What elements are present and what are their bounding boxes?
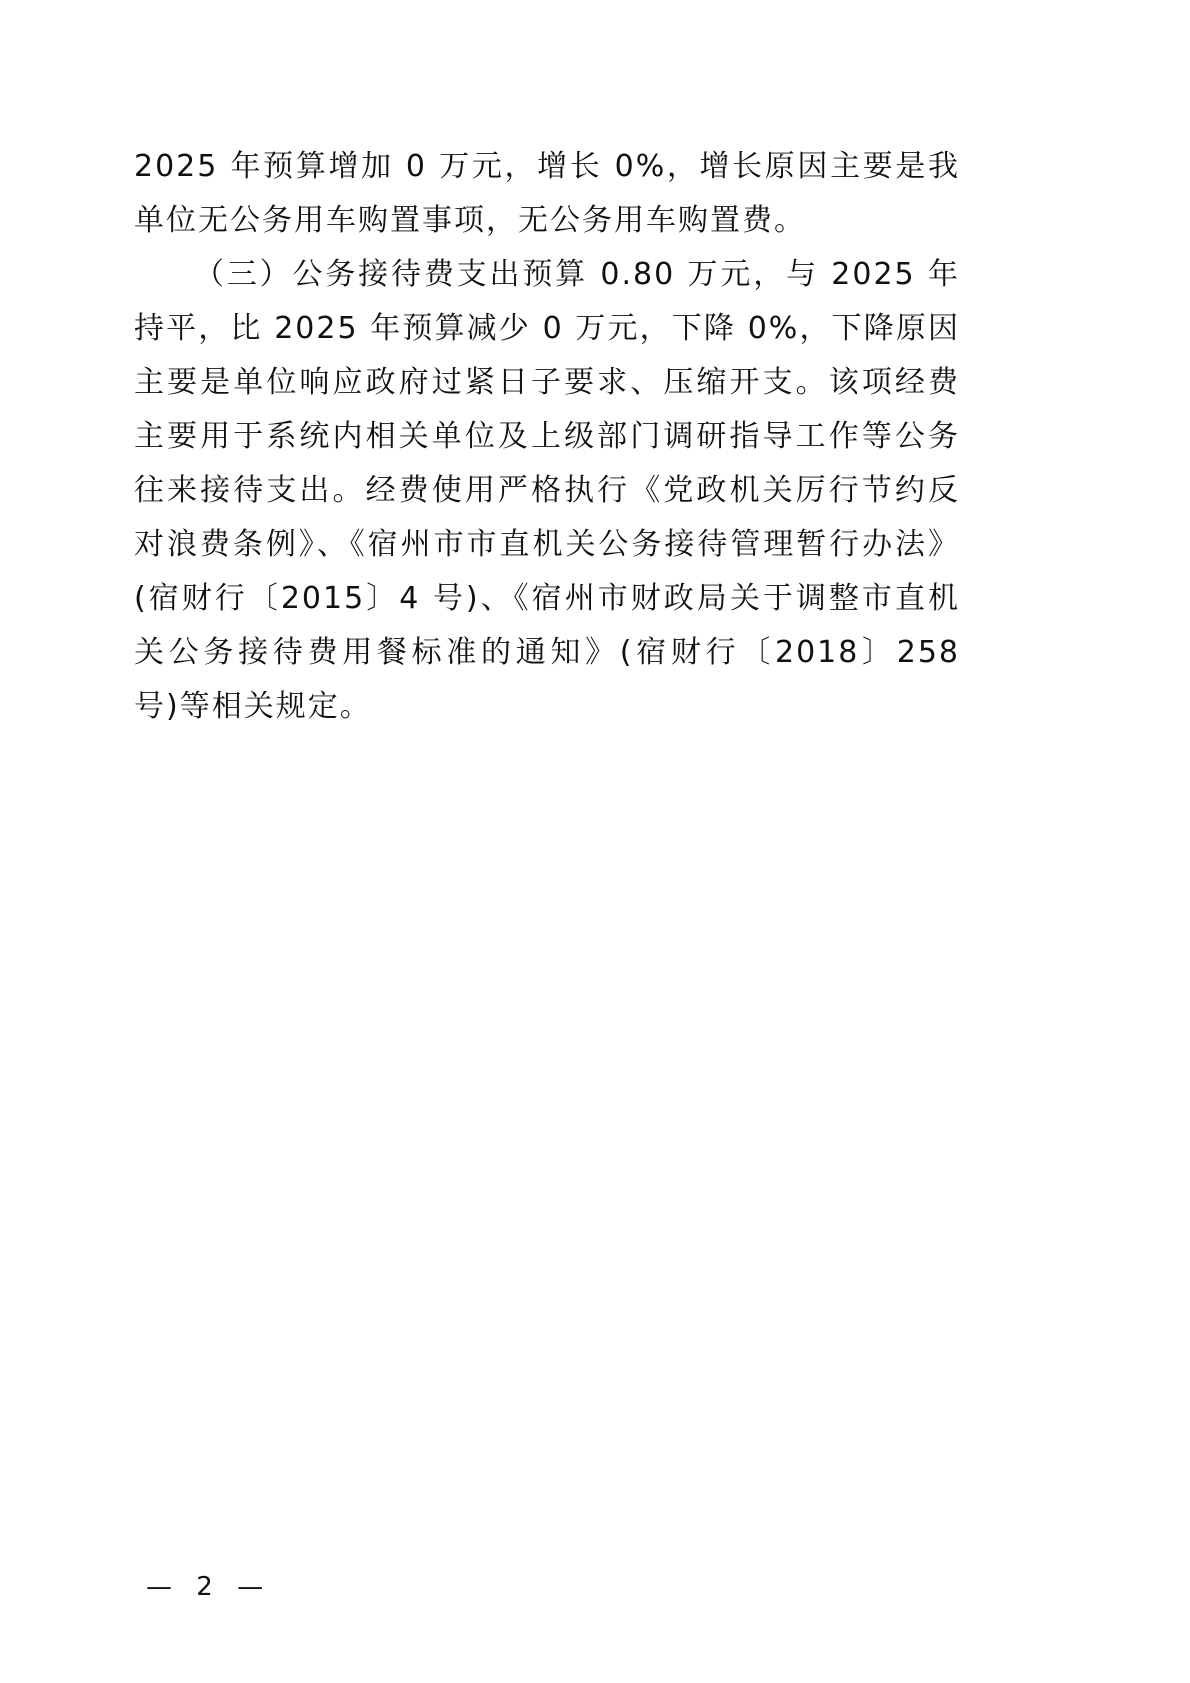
page-number: — 2 —	[146, 1572, 271, 1602]
paragraph-continuation: 2025 年预算增加 0 万元，增长 0%，增长原因主要是我单位无公务用车购置事…	[134, 140, 960, 248]
paragraph-reception-expenses: （三）公务接待费支出预算 0.80 万元，与 2025 年持平，比 2025 年…	[134, 248, 960, 734]
document-body: 2025 年预算增加 0 万元，增长 0%，增长原因主要是我单位无公务用车购置事…	[134, 140, 960, 734]
